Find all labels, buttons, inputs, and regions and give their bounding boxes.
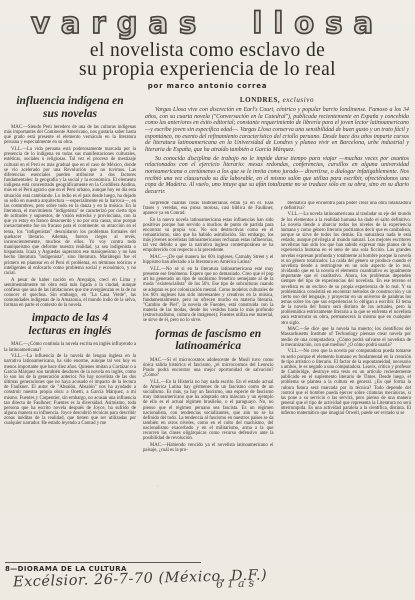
subtitle-line-1: el novelista como esclavo de (0, 42, 415, 61)
dateline-tag: exclusivo (283, 96, 314, 104)
paragraph: MAC.—Siendo Perú heredero de una de las … (4, 125, 136, 146)
paragraph: sorprende cuántas cosas faulknerianas es… (143, 201, 274, 216)
left-column-part1: MAC.—Siendo Perú heredero de una de las … (4, 125, 136, 308)
paragraph: V.LL.—En la Historia no hay nada escrito… (143, 380, 274, 442)
intro-block: Vargas Llosa vive con discreción en Earl… (143, 107, 411, 198)
article-columns: influencia indígena en sus novelas MAC.—… (0, 90, 415, 556)
left-column-part2: MAC.—¿Cómo continúa la novela escrita en… (4, 342, 136, 426)
newspaper-page: vargas llosa el novelista como esclavo d… (0, 0, 415, 600)
middle-column: sorprende cuántas cosas faulknerianas es… (143, 201, 274, 556)
dateline-city: LONDRES, (240, 96, 280, 104)
paragraph: V.LL.—La novela latinoamericana al trasl… (281, 212, 412, 325)
paragraph: V.LL.—La influencia de la novela de leng… (4, 354, 136, 426)
right-section: LONDRES, exclusivo Vargas Llosa vive con… (143, 94, 411, 556)
article-subtitle: el novelista como esclavo de su propia e… (0, 42, 415, 79)
paragraph: blemática que encuentra para poder crear… (281, 201, 412, 211)
paragraph: MAC.—¿Cómo continúa la novela escrita en… (4, 342, 136, 352)
paragraph: A pesar de haber nacido en Arequipa, cre… (4, 278, 136, 309)
paragraph: Vargas Llosa vive con discreción en Earl… (145, 107, 409, 154)
masthead: vargas llosa el novelista como esclavo d… (0, 0, 415, 90)
paragraph: V.LL.—No creo que la novela por computad… (281, 349, 412, 416)
right-column-paragraphs: blemática que encuentra para poder crear… (281, 201, 412, 417)
lower-columns: sorprende cuántas cosas faulknerianas es… (143, 201, 411, 556)
byline: por marco antonio correa (0, 82, 415, 90)
section-heading-indigenous-influence: influencia indígena en sus novelas (12, 95, 128, 120)
subtitle-line-2: su propia experiencia de lo real (0, 61, 415, 80)
right-column: blemática que encuentra para poder crear… (281, 201, 412, 556)
paragraph: Su conocida disciplina de trabajo no le … (145, 156, 409, 196)
paragraph: MAC.—¿De qué manera los 60's ingleses, C… (143, 255, 274, 265)
left-column: influencia indígena en sus novelas MAC.—… (4, 94, 136, 556)
middle-column-part1: sorprende cuántas cosas faulknerianas es… (143, 201, 274, 324)
article-title: vargas llosa (0, 7, 415, 39)
section-heading-fascism-forms: formas de fascismo en latinoamérica (151, 328, 266, 353)
paragraph: MAC.—Si el microcosmos adolescente de Mu… (143, 358, 274, 379)
paragraph: En la nueva novela latinoamericana estas… (143, 218, 274, 254)
handwritten-scribble: 61as (216, 576, 259, 590)
paragraph: V.LL.—No sé si en la literatura latinoam… (143, 267, 274, 324)
paragraph: V.LL.—La vida peruana está poderosamente… (4, 147, 136, 276)
section-heading-english-readings: impacto de las 4 lecturas en inglés (12, 312, 128, 337)
paragraph: MAC.—Se dice que la novela ha muerto; lo… (281, 327, 412, 348)
dateline: LONDRES, exclusivo (143, 96, 411, 104)
middle-column-part2: MAC.—Si el microcosmos adolescente de Mu… (143, 358, 274, 454)
paragraph: MAC.—Habiendo vencido ya el novelista la… (143, 443, 274, 453)
